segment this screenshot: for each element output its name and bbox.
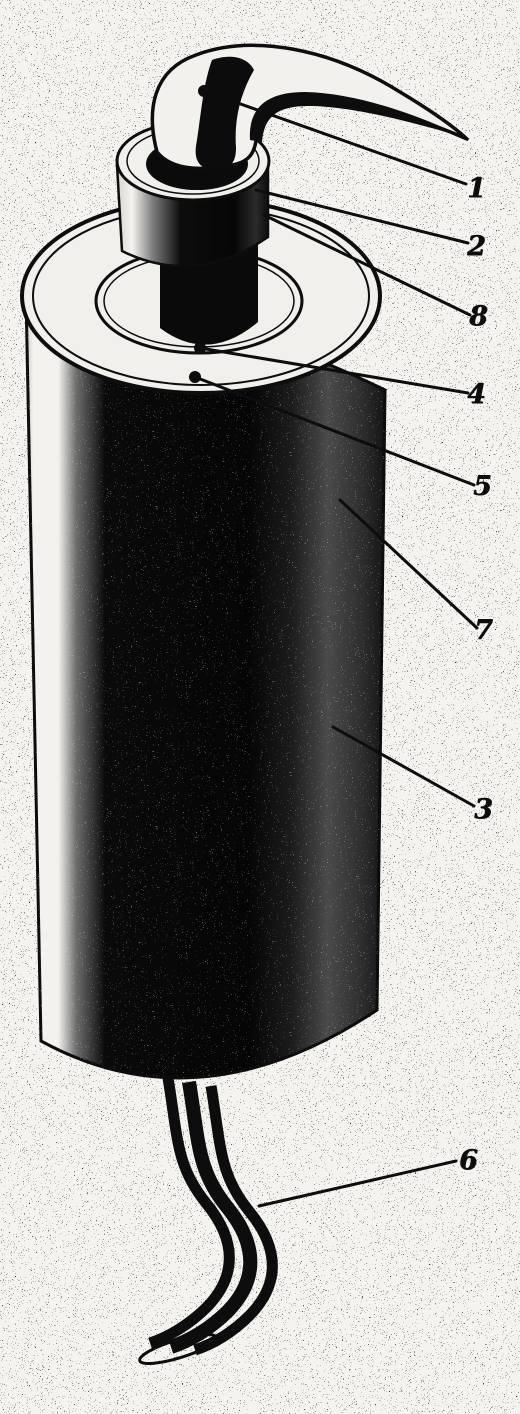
vessel-illustration (0, 0, 520, 1414)
callout-label-5: 5 (473, 473, 492, 500)
callout-label-1: 1 (467, 175, 486, 202)
callout-label-2: 2 (467, 233, 486, 260)
callout-label-4: 4 (467, 381, 486, 408)
callout-label-6: 6 (459, 1147, 478, 1174)
callout-label-8: 8 (469, 303, 488, 330)
callout-label-7: 7 (474, 617, 493, 644)
callout-label-3: 3 (474, 796, 493, 823)
figure-canvas: 1 2 8 4 5 7 3 6 (0, 0, 520, 1414)
